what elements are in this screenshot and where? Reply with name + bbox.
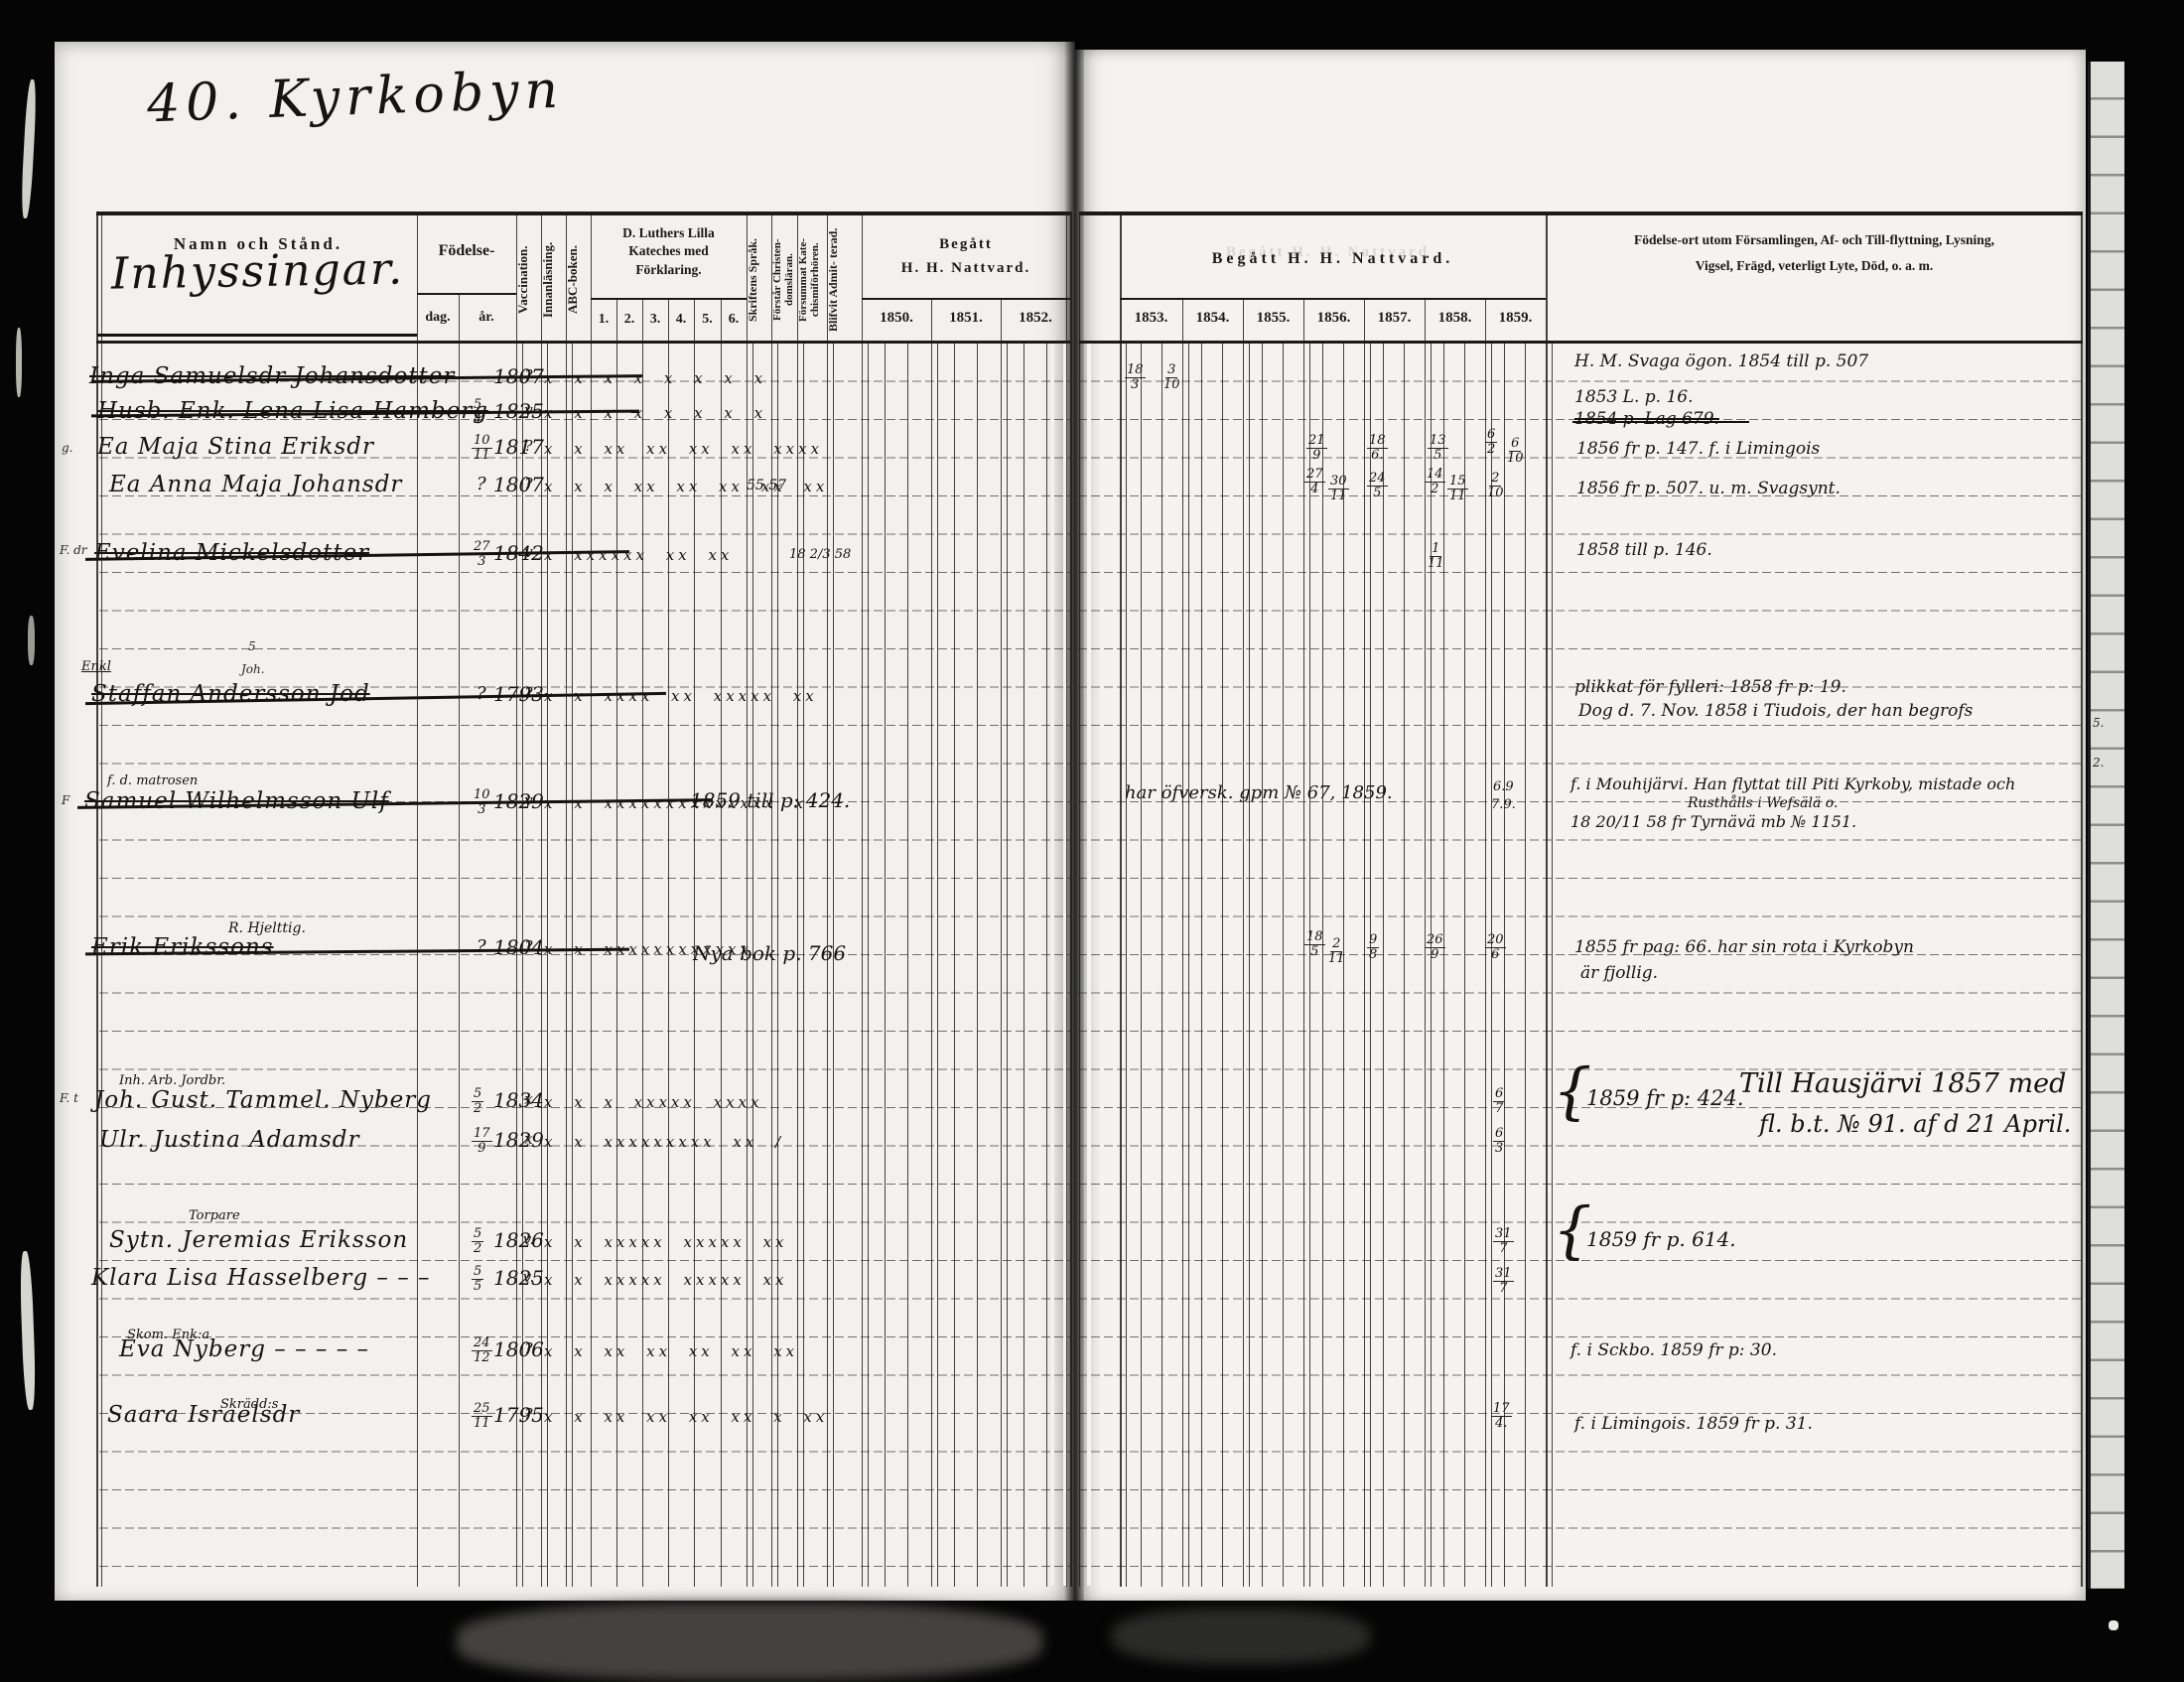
frac-bottom: 6. [1371, 449, 1383, 463]
grid-line [1201, 343, 1202, 1587]
page-title: 40. Kyrkobyn [146, 65, 565, 131]
frac-top: 2 [1330, 937, 1342, 952]
grid-line [2081, 211, 2083, 1587]
book-reference-note: Nya bok p. 766 [693, 943, 846, 963]
col-header-admitted: Blifvit Admit- terad. [827, 220, 862, 340]
vaccination-mark: ? [516, 939, 541, 954]
margin-mark: F. dr [60, 544, 87, 556]
grid-line [868, 343, 869, 1587]
grid-line [1222, 343, 1223, 1587]
grid-line [771, 211, 772, 1587]
year-1852: 1852. [1001, 310, 1070, 327]
communion-date: 142 [1425, 468, 1445, 495]
grid-line [1188, 343, 1189, 1587]
section-label: Inhyssingar. [111, 247, 405, 296]
col-header-scripture: Skriftens Språk. [747, 220, 771, 340]
annotation: Torpare [189, 1209, 240, 1222]
catechism-col-2: 2. [616, 312, 642, 328]
row-name: Ea Anna Maja Johansdr [109, 474, 402, 496]
grid-line [1070, 211, 1072, 1587]
edge-mark: 2. [2093, 757, 2104, 769]
col-header-birth: Födelse- [417, 242, 516, 260]
birth-day-value: 1011 [472, 434, 492, 462]
margin-note: plikkat för fylleri: 1858 fr p: 19. [1574, 679, 1846, 696]
grid-line [668, 298, 669, 1587]
frac-top: 26 [1425, 933, 1445, 948]
scan-shadow [1112, 1609, 1370, 1664]
col-header-reading: Innanläsning. [541, 220, 566, 340]
frac-bottom: 5 [1373, 487, 1381, 500]
year-1853: 1853. [1120, 310, 1182, 327]
communion-date: 206 [1485, 933, 1506, 961]
grid-line [1431, 343, 1432, 1587]
frac-top: 18 [1125, 363, 1146, 378]
grid-line [541, 211, 542, 1587]
grid-line [1525, 343, 1526, 1587]
year-1859: 1859. [1485, 310, 1546, 327]
frac-bottom: 11 [474, 449, 490, 463]
grid-line [777, 343, 778, 1587]
frac-bottom: 3 [1131, 378, 1139, 392]
row-name: Erik Erikssons [91, 936, 274, 959]
grid-line [1383, 343, 1384, 1587]
underline-flourish [97, 334, 417, 337]
check-marks: x x x x x x x x [544, 371, 766, 386]
grid-line [1322, 343, 1323, 1587]
grid-line [694, 298, 695, 1587]
birth-day-value: ? [477, 938, 486, 956]
grid-line [591, 211, 592, 1587]
vaccination-mark: ? [516, 439, 541, 454]
frac-bottom: 5 [1310, 945, 1318, 959]
frac-bottom: 7 [1495, 1102, 1503, 1116]
grid-line [1126, 343, 1127, 1587]
frac-bottom: 9 [1312, 449, 1320, 463]
grid-line [1001, 298, 1002, 1587]
frac-top: 25 [472, 1402, 492, 1417]
grid-line [516, 211, 517, 1587]
communion-overline-note: har öfversk. gpm № 67, 1859. [1125, 784, 1393, 802]
grid-line [1141, 343, 1142, 1587]
margin-note: f. i Mouhijärvi. Han flyttat till Piti K… [1570, 776, 2015, 792]
grid-line [1425, 298, 1426, 1587]
catechism-col-5: 5. [694, 312, 721, 328]
grid-line [417, 211, 418, 1587]
grid-line [96, 341, 1070, 344]
frac-bottom: 2 [1431, 483, 1438, 496]
margin-note: 18 20/11 58 fr Tyrnävä mb № 1151. [1570, 814, 1856, 830]
frac-bottom: 2 [474, 1102, 481, 1116]
vaccination-mark: v. [516, 1270, 541, 1285]
grid-line [1182, 298, 1183, 1587]
grid-line [827, 211, 828, 1587]
frac-bottom: 5 [1433, 449, 1441, 463]
communion-date: 98 [1367, 933, 1379, 961]
grid-line [931, 298, 932, 1587]
grid-line [572, 343, 573, 1587]
margin-note: 1853 L. p. 16. [1574, 389, 1694, 406]
vaccination-mark: ? [516, 1341, 541, 1356]
annotation: Inh. Arb. Jordbr. [119, 1074, 225, 1087]
col-header-birth-year: år. [459, 310, 514, 326]
grid-line [1066, 211, 1067, 1587]
grid-line [1024, 343, 1024, 1587]
frac-bottom: 10 [1507, 452, 1524, 466]
grid-line [1303, 298, 1304, 1587]
grid-line [862, 211, 863, 1587]
grid-line [96, 211, 1070, 215]
grid-line [1161, 343, 1162, 1587]
row-name: Saara Israelsdr [107, 1404, 300, 1427]
grid-line [1546, 211, 1548, 1587]
check-marks: x x xx xx xx xx x xx [544, 1410, 828, 1425]
vaccination-mark: x [516, 1132, 541, 1147]
scanned-parish-register: 40. Kyrkobyn Namn och Stånd. Inhyssingar… [0, 0, 2184, 1682]
col-header-communion-left-a: Begått [862, 236, 1070, 253]
frac-bottom: 11 [1330, 490, 1347, 503]
edge-mark: 5. [2093, 717, 2104, 729]
grid-line [616, 298, 617, 1587]
grid-line [1243, 298, 1244, 1587]
annotation: f. d. matrosen [107, 774, 198, 787]
vaccination-mark: x [516, 1092, 541, 1107]
grid-line [522, 343, 523, 1587]
grid-line [1343, 343, 1344, 1587]
grid-line [1007, 343, 1008, 1587]
grid-line [833, 343, 834, 1587]
year-1855: 1855. [1243, 310, 1303, 327]
grid-line [1283, 343, 1284, 1587]
annotation: R. Hjelttig. [228, 921, 306, 935]
annotation-small: 5 [248, 640, 256, 652]
grid-line [1364, 298, 1365, 1587]
frac-top: 5 [472, 1087, 483, 1102]
next-page-edge [2088, 62, 2124, 1589]
communion-date: 174. [1491, 1402, 1512, 1430]
book-edge-streak [28, 616, 35, 665]
frac-top: 9 [1367, 933, 1379, 948]
check-marks: x x xxxxxxxxx xx / [544, 1135, 784, 1150]
grid-line [1046, 343, 1047, 1587]
margin-note: 1859 fr p: 424. [1586, 1088, 1744, 1109]
frac-top: 14 [1425, 468, 1445, 483]
frac-bottom: 9 [1431, 948, 1438, 962]
row-name: Joh. Gust. Tammel. Nyberg [94, 1089, 432, 1112]
grid-line [885, 343, 886, 1587]
col-header-communion-right: Begått H. H. Nattvard. [1120, 250, 1546, 268]
row-name: Klara Lisa Hasselberg – – – [91, 1267, 431, 1290]
margin-note: 1856 fr p. 507. u. m. Svagsynt. [1576, 481, 1841, 497]
margin-mark: F. t [60, 1092, 78, 1104]
grid-line [1443, 343, 1444, 1587]
book-edge-streak [19, 1251, 37, 1410]
grid-line [1309, 343, 1310, 1587]
row-name: Sytn. Jeremias Eriksson [109, 1229, 408, 1252]
margin-note: 1856 fr p. 147. f. i Limingois [1576, 441, 1820, 458]
col-header-communion-left-b: H. H. Nattvard. [862, 260, 1070, 277]
vaccination-mark: ? [516, 477, 541, 491]
birth-day-value: 2511 [472, 1402, 492, 1430]
birth-day-value: 55 [472, 1265, 483, 1293]
frac-top: 17 [472, 1127, 492, 1142]
grid-line [417, 293, 516, 295]
frac-top: 17 [1491, 1402, 1512, 1417]
annotation-small: Joh. [241, 663, 265, 675]
col-header-birth-day: dag. [419, 310, 457, 326]
frac-bottom: 9 [478, 1142, 485, 1156]
col-header-notes-line1: Födelse-ort utom Församlingen, Af- och T… [1546, 232, 2083, 248]
grid-line [1370, 343, 1371, 1587]
frac-bottom: 3 [478, 803, 485, 817]
vaccination-mark: v. [516, 1232, 541, 1247]
grid-line [1120, 298, 1546, 300]
frac-top: 10 [472, 434, 492, 449]
grid-line [937, 343, 938, 1587]
grid-line [747, 211, 748, 1587]
check-marks: x x x xxxxx xxxx [544, 1095, 763, 1110]
frac-bottom: 3 [478, 555, 485, 569]
grid-line [862, 298, 1070, 300]
col-header-catechism-line2: Kateches med [593, 243, 745, 259]
frac-top: 24 [472, 1336, 492, 1351]
grid-line [1464, 343, 1465, 1587]
check-marks: x x xxxxx xxxxx xx [544, 1235, 788, 1250]
strike-line [1572, 421, 1749, 423]
frac-bottom: 5 [474, 1280, 481, 1294]
year-1851: 1851. [931, 310, 1001, 327]
year-1854: 1854. [1182, 310, 1243, 327]
catechism-col-1: 1. [591, 312, 616, 328]
margin-note: H. M. Svaga ögon. 1854 till p. 507 [1574, 353, 1868, 370]
margin-note: Till Hausjärvi 1857 med [1739, 1070, 2066, 1097]
frac-bottom: 12 [474, 1351, 490, 1365]
grid-line [591, 298, 747, 300]
margin-note: 1858 till p. 146. [1576, 542, 1712, 559]
vaccination-mark: ? [516, 1407, 541, 1422]
year-1856: 1856. [1303, 310, 1364, 327]
col-header-abc-book: ABC-boken. [566, 220, 591, 340]
catechism-col-3: 3. [642, 312, 668, 328]
margin-note: fl. b.t. № 91. af d 21 April. [1759, 1112, 2071, 1136]
grid-line [1504, 343, 1505, 1587]
margin-mark: g. [62, 442, 73, 454]
catechism-col-4: 4. [668, 312, 694, 328]
catechism-col-6: 6. [721, 312, 747, 328]
birth-day-value: 2412 [472, 1336, 492, 1364]
frac-bottom: 2 [474, 1242, 481, 1256]
check-marks: x x xx xx xx xx xx [544, 1344, 798, 1359]
communion-date: 610 [1507, 437, 1524, 465]
margin-note: 1859 fr p. 614. [1586, 1229, 1736, 1249]
birth-day-value: 52 [472, 1227, 483, 1255]
grid-line [547, 343, 548, 1587]
grid-line [1249, 343, 1250, 1587]
grid-line [96, 211, 98, 1587]
frac-top: 30 [1328, 475, 1349, 490]
communion-date: 183 [1125, 363, 1146, 391]
communion-date: 269 [1425, 933, 1445, 961]
row-name: Eva Nyberg – – – – – [119, 1338, 369, 1361]
col-header-understands: Förstår Christen- domsläran. [771, 220, 797, 340]
margin-note: Dog d. 7. Nov. 1858 i Tiudois, der han b… [1578, 703, 1973, 720]
frac-bottom: 4 [1310, 483, 1318, 496]
frac-top: 5 [472, 1265, 483, 1280]
frac-bottom: 4. [1495, 1417, 1507, 1431]
frac-top: 20 [1485, 933, 1506, 948]
grid-line [954, 343, 955, 1587]
check-marks: x x xx xx xx xx xxxx [544, 442, 823, 457]
margin-mark: F [62, 794, 69, 806]
margin-note: är fjollig. [1580, 965, 1658, 982]
grid-line [1262, 343, 1263, 1587]
scan-shadow [457, 1603, 1042, 1680]
grid-line [1404, 343, 1405, 1587]
frac-bottom: 10 [1163, 378, 1180, 392]
grid-line [1079, 211, 1080, 1587]
communion-date: 3011 [1328, 475, 1349, 502]
margin-note: Rusthålls i Wefsälä o. [1688, 796, 1838, 810]
grid-line [752, 343, 753, 1587]
frac-bottom: 3 [1495, 1142, 1503, 1156]
scan-speck [2109, 1620, 2118, 1630]
check-marks: x x x x x x x x [544, 406, 766, 421]
row-name: Ulr. Justina Adamsdr [99, 1129, 359, 1152]
grid-line [1491, 343, 1492, 1587]
row-name: Samuel Wilhelmsson Ulf [84, 790, 389, 813]
book-edge-streak [16, 328, 22, 397]
grid-line [566, 211, 567, 1587]
grid-line [803, 343, 804, 1587]
grid-line [907, 343, 908, 1587]
check-marks: x x xxxxx xxxxx xx [544, 1273, 788, 1288]
frac-top: 6 [1509, 437, 1521, 452]
margin-note: f. i Limingois. 1859 fr p. 31. [1574, 1416, 1813, 1433]
year-1850: 1850. [862, 310, 931, 327]
communion-date: 310 [1163, 363, 1180, 391]
admitted-note: 18 2/3 58 [789, 548, 851, 561]
grid-line [1120, 211, 1122, 1587]
frac-bottom: 6 [1491, 948, 1499, 962]
col-header-catechism-line1: D. Luthers Lilla [593, 224, 745, 242]
col-header-missed: Försummat Kate- chismiförhören. [797, 220, 827, 340]
grid-line [977, 343, 978, 1587]
frac-bottom: 11 [474, 1417, 490, 1431]
communion-date: 210 [1487, 472, 1504, 499]
frac-top: 3 [1165, 363, 1177, 378]
grid-line [1079, 341, 2083, 344]
frac-bottom: 4 [474, 413, 481, 427]
year-1858: 1858. [1425, 310, 1485, 327]
grid-line [642, 298, 643, 1587]
birth-day-value: ? [477, 476, 486, 493]
grid-line [1079, 211, 2083, 215]
grid-line [721, 298, 722, 1587]
book-edge-streak [20, 79, 37, 218]
col-header-catechism-line3: Förklaring. [593, 262, 745, 278]
col-header-vaccination: Vaccination. [516, 220, 541, 340]
row-name: Ea Maja Stina Eriksdr [97, 436, 374, 459]
col-header-notes-line2: Vigsel, Frägd, veterligt Lyte, Död, o. a… [1546, 258, 2083, 274]
birth-day-value: ? [477, 685, 486, 703]
birth-day-value: 179 [472, 1127, 492, 1155]
grid-line [1485, 298, 1486, 1587]
margin-note-struck: 1854 p. Lag 679. [1574, 411, 1719, 428]
margin-note: 1855 fr pag: 66. har sin rota i Kyrkobyn [1574, 939, 1914, 956]
frac-top: 5 [472, 1227, 483, 1242]
frac-bottom: 10 [1487, 487, 1504, 500]
grid-line [101, 211, 102, 1587]
grid-line [459, 293, 460, 1587]
grid-line [797, 211, 798, 1587]
grid-line [1552, 343, 1553, 1587]
year-1857: 1857. [1364, 310, 1425, 327]
margin-note: f. i Sckbo. 1859 fr p: 30. [1570, 1342, 1777, 1359]
birth-day-value: 52 [472, 1087, 483, 1115]
